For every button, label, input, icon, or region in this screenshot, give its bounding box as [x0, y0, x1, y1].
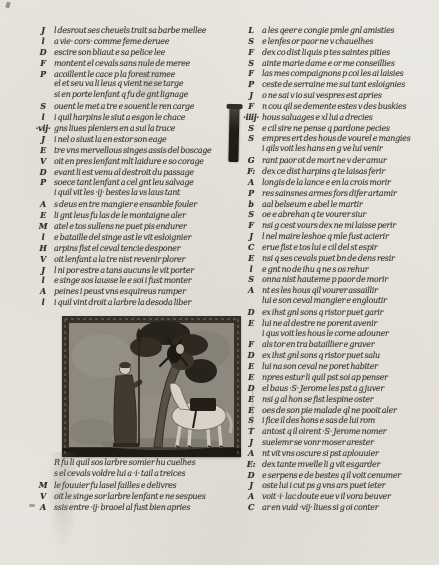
line-text: ssis entre ·ij· braoel al fust bien apri…	[54, 503, 236, 513]
line-initial: J	[240, 231, 262, 242]
line-initial: A	[240, 285, 262, 296]
line-text: e lenfes or paor ne v chauelhes	[262, 37, 439, 47]
line-initial: F	[240, 68, 262, 79]
manuscript-line: J l nel maire leshoe q mle fust acierir	[240, 231, 439, 242]
line-text: gns liues pleniers en a sui la trace	[54, 124, 236, 134]
line-text: i quil harpins le siut a esgon le chace	[54, 113, 236, 123]
line-text: nt es les hous qil vourer assaillir	[262, 286, 439, 296]
line-initial: V	[32, 491, 54, 502]
line-text: li gnt leus fu las de le montaigne aler	[54, 211, 236, 221]
line-text: le fouuier fu lasel failles e delivres	[54, 481, 236, 491]
line-text: ex ihst gnl sons q ristor puet garir	[262, 308, 439, 318]
line-initial: ·vij·	[32, 123, 54, 134]
line-initial: S	[240, 274, 262, 285]
manuscript-line: F dex co dist liquis p tes saintes pitie…	[240, 47, 439, 58]
manuscript-line: l e bataille del singe ast le vit esloig…	[32, 232, 236, 243]
manuscript-line: D evant li est venu al destroit du passa…	[32, 167, 236, 178]
line-initial: D	[240, 470, 262, 481]
line-text: oit lenfant a la tre nist revenir plorer	[54, 255, 236, 265]
line-initial: l	[32, 275, 54, 286]
line-text: npres estur li quil pst soi ap penser	[262, 373, 439, 383]
miniature-illustration	[62, 316, 241, 457]
manuscript-line: A nt vit vns oscure si pst aplouuier	[240, 448, 439, 459]
manuscript-line: D escire son bliaut e sa pelice lee	[32, 47, 236, 58]
line-initial: E	[240, 394, 262, 405]
line-text: e cil sire ne pense q pardone pecies	[262, 124, 439, 134]
line-text: oste lui i cut ps g vns ars puet ieter	[262, 481, 439, 491]
manuscript-line: M atel e tos sullens ne puet pis endurer	[32, 221, 236, 232]
line-initial: J	[32, 25, 54, 36]
manuscript-line: E lui na son ceval ne poret habiter	[240, 361, 439, 372]
line-initial: F	[240, 47, 262, 58]
line-text: e bataille del singe ast le vit esloigni…	[54, 233, 236, 243]
manuscript-line: F n cou qil se demente estes v des buski…	[240, 101, 439, 112]
manuscript-line: i qils voit les hans en g ve lui venir	[240, 144, 439, 155]
left-text-column: J l desrout ses cheuels trait sa barbe m…	[32, 25, 236, 308]
manuscript-line: P acoillent le cace p la forest ramee	[32, 69, 236, 80]
manuscript-line: F als tor en tra bataillier e graver	[240, 339, 439, 350]
line-text: ar en vuid ·vij· liues si g oi conter	[262, 503, 439, 513]
line-initial: F	[240, 220, 262, 231]
manuscript-line: S ainte marie dame e or me conseillies	[240, 58, 439, 69]
line-initial: l	[240, 264, 262, 275]
line-text: el baus ·S· Jerome les pst a g juver	[262, 384, 439, 394]
manuscript-line: C erue fist e tos lui e cil del st espir	[240, 242, 439, 253]
line-initial: D	[32, 167, 54, 178]
manuscript-line: F las mes compaignons p coi les ai laisi…	[240, 68, 439, 79]
line-text: ainte marie dame e or me conseillies	[262, 59, 439, 69]
line-text: R fu li quil sos larbre somier hu cuelhe…	[54, 458, 236, 469]
line-initial: A	[240, 491, 262, 502]
manuscript-line: V oit lenfant a la tre nist revenir plor…	[32, 254, 236, 265]
line-initial: P	[32, 69, 54, 80]
manuscript-line: A longis de la lance e en la crois morir	[240, 177, 439, 188]
line-initial: l	[32, 297, 54, 308]
manuscript-line: l i quil vint droit a larbre la desoda l…	[32, 297, 236, 308]
line-text: tre vns mervellous singes assis del bosc…	[54, 146, 236, 156]
line-text: oit en pres lenfant mlt laidure e so cor…	[54, 157, 236, 167]
manuscript-line: D e serpens e de bestes q il voit cenume…	[240, 470, 439, 481]
manuscript-line: J i nel o siust la en estor son eage	[32, 134, 236, 145]
line-initial: J	[240, 480, 262, 491]
manuscript-line: ·vij· gns liues pleniers en a sui la tra…	[32, 123, 236, 134]
line-text: erue fist e tos lui e cil del st espir	[262, 243, 439, 253]
line-initial: F	[240, 339, 262, 350]
line-text: hous saluages e xl lui a drecies	[262, 113, 439, 123]
line-initial: l	[32, 36, 54, 47]
manuscript-line: G rant paor ot de mort ne v der amur	[240, 155, 439, 166]
manuscript-line: D ex ihst gnl sons q ristor puet salu	[240, 350, 439, 361]
manuscript-line: L a les qeer e congie pmle gnl amisties	[240, 25, 439, 36]
line-text: i qils voit les hans en g ve lui venir	[262, 144, 439, 155]
line-initial: E	[32, 145, 54, 156]
line-initial: J	[32, 134, 54, 145]
line-text: ex ihst gnl sons q ristor puet salu	[262, 351, 439, 361]
manuscript-line: E npres estur li quil pst soi ap penser	[240, 372, 439, 383]
line-initial: J	[32, 265, 54, 276]
line-initial: F	[32, 58, 54, 69]
manuscript-line: b aal belseum e abel le martir	[240, 199, 439, 210]
line-text: oe e abrehan q te vourer siur	[262, 210, 439, 220]
line-initial: M	[32, 221, 54, 232]
line-text: soece tant lenfant a cel gnt leu salvage	[54, 178, 236, 188]
manuscript-line: M le fouuier fu lasel failles e delivres	[32, 480, 236, 491]
line-initial: A	[240, 177, 262, 188]
line-initial: E:	[240, 459, 262, 470]
manuscript-line: C ar en vuid ·vij· liues si g oi conter	[240, 502, 439, 513]
line-text: a vie· cors· comme feme deruee	[54, 37, 236, 47]
line-text: lui ne al destre ne porent avenir	[262, 319, 439, 329]
manuscript-line: H arpins fist el ceval tencie desponer	[32, 243, 236, 254]
line-initial: E	[240, 361, 262, 372]
manuscript-line: i qus voit les hous le corne adouner	[240, 329, 439, 340]
manuscript-line: F nsi g cest vours dex ne mi laisse peri…	[240, 220, 439, 231]
line-initial: S	[240, 123, 262, 134]
line-initial: P	[240, 188, 262, 199]
line-initial: E	[32, 210, 54, 221]
line-initial: A	[32, 502, 54, 513]
manuscript-line: S onna nist hauteme p paor de morir	[240, 274, 439, 285]
line-text: evant li est venu al destroit du passage	[54, 168, 236, 178]
line-text: s deus en tre mangier e ensanble fouler	[54, 200, 236, 210]
line-initial: P	[32, 177, 54, 188]
line-initial: M	[32, 480, 54, 491]
manuscript-line: l i quil harpins le siut a esgon le chac…	[32, 112, 236, 123]
line-text: longis de la lance e en la crois morir	[262, 178, 439, 188]
manuscript-line: D ex ihst gnl sons q ristor puet garir	[240, 307, 439, 318]
line-initial: E	[240, 372, 262, 383]
line-initial: D	[240, 383, 262, 394]
ink-speck	[5, 1, 11, 8]
manuscript-line: E tre vns mervellous singes assis del bo…	[32, 145, 236, 156]
line-initial: C	[240, 242, 262, 253]
manuscript-line: A voit ·i· lac doute eue v il vora beuve…	[240, 491, 439, 502]
line-text: e serpens e de bestes q il voit cenumer	[262, 471, 439, 481]
line-initial: S	[240, 36, 262, 47]
line-initial: V	[32, 254, 54, 265]
line-text: a les qeer e congie pmle gnl amisties	[262, 26, 439, 36]
manuscript-line: S e cil sire ne pense q pardone pecies	[240, 123, 439, 134]
line-text: l nel maire leshoe q mle fust acierir	[262, 232, 439, 242]
line-initial: T	[240, 426, 262, 437]
line-initial: L	[240, 25, 262, 36]
manuscript-line: l e gnt no de ihu q ne s os rehur	[240, 264, 439, 275]
manuscript-line: el et seu va li leus q vient ne se targe	[32, 79, 236, 90]
line-initial: D	[240, 350, 262, 361]
manuscript-line: E: dex tante mvelle li g vit esgarder	[240, 459, 439, 470]
line-initial: E	[240, 253, 262, 264]
line-text: rant paor ot de mort ne v der amur	[262, 156, 439, 166]
line-text: dex ce dist harpins q te laisas ferir	[262, 167, 439, 177]
manuscript-line: lui e son ceval mangier e engloutir	[240, 296, 439, 307]
line-initial: V	[32, 156, 54, 167]
line-text: i quil vint droit a larbre la desoda lib…	[54, 298, 236, 308]
line-text: nt vit vns oscure si pst aplouuier	[262, 449, 439, 459]
manuscript-line: R fu li quil sos larbre somier hu cuelhe…	[32, 458, 236, 469]
line-text: nsi g al hon se fist lespine oster	[262, 395, 439, 405]
saddle	[190, 398, 216, 411]
manuscript-line: l a vie· cors· comme feme deruee	[32, 36, 236, 47]
manuscript-line: D el baus ·S· Jerome les pst a g juver	[240, 383, 439, 394]
miniature-scene	[62, 316, 241, 457]
line-initial: J	[240, 90, 262, 101]
line-text: onna nist hauteme p paor de morir	[262, 275, 439, 285]
manuscript-line: E li gnt leus fu las de le montaigne ale…	[32, 210, 236, 221]
line-initial: A	[240, 448, 262, 459]
manuscript-line: E nsi q ses cevals puet bn de dens resir	[240, 253, 439, 264]
line-initial: H	[32, 243, 54, 254]
manuscript-line: E oes de son pie malade ql ne pooit aler	[240, 405, 439, 416]
manuscript-line: ·iiij· hous saluages e xl lui a drecies	[240, 112, 439, 123]
line-text: si en porte lenfant q fu de gnt lignage	[54, 90, 236, 101]
line-initial: F	[240, 101, 262, 112]
line-text: e gnt no de ihu q ne s os rehur	[262, 265, 439, 275]
line-text: i qus voit les hous le corne adouner	[262, 329, 439, 340]
manuscript-line: E lui ne al destre ne porent avenir	[240, 318, 439, 329]
line-initial: l	[32, 112, 54, 123]
line-initial: l	[32, 232, 54, 243]
line-text: aal belseum e abel le martir	[262, 200, 439, 210]
manuscript-line: J oste lui i cut ps g vns ars puet ieter	[240, 480, 439, 491]
line-initial: S	[32, 101, 54, 112]
line-text: escire son bliaut e sa pelice lee	[54, 48, 236, 58]
line-text: montent el cevals sans nule de meree	[54, 59, 236, 69]
manuscript-line: S empres ert des hous de vourel e mangie…	[240, 133, 439, 144]
line-initial: G	[240, 155, 262, 166]
line-initial: D	[240, 307, 262, 318]
line-initial: J	[240, 437, 262, 448]
line-text: l ni por estre a tans aucuns le vit port…	[54, 266, 236, 276]
line-initial: C	[240, 502, 262, 513]
manuscript-line: V oit en pres lenfant mlt laidure e so c…	[32, 156, 236, 167]
line-text: empres ert des hous de vourel e mangies	[262, 134, 439, 144]
line-text: i fice il des hons e sas de lui rom	[262, 416, 439, 426]
line-initial: b	[240, 199, 262, 210]
line-initial: A	[32, 199, 54, 210]
line-text: arpins fist el ceval tencie desponer	[54, 244, 236, 254]
manuscript-line: A peines i peust vns esquireus ramper	[32, 286, 236, 297]
manuscript-line: P soece tant lenfant a cel gnt leu salva…	[32, 177, 236, 188]
line-initial: ·iiij·	[240, 112, 262, 123]
manuscript-line: A s deus en tre mangier e ensanble foule…	[32, 199, 236, 210]
line-text: dex tante mvelle li g vit esgarder	[262, 460, 439, 470]
line-text: antost q il oirent ·S· Jerome nomer	[262, 427, 439, 437]
line-text: oit le singe sor larbre lenfant e ne ses…	[54, 492, 236, 502]
ink-speck	[29, 504, 35, 507]
manuscript-line: s el cevals voldre lui a ·i· tail a trei…	[32, 469, 236, 480]
line-text: o ne sai v io sui vespres est apries	[262, 91, 439, 101]
line-text: ceste de serraine me sui tant esloignies	[262, 80, 439, 90]
knight-feet	[113, 443, 139, 447]
line-text: l desrout ses cheuels trait sa barbe mel…	[54, 26, 236, 36]
manuscript-line: T antost q il oirent ·S· Jerome nomer	[240, 426, 439, 437]
line-initial: P	[240, 79, 262, 90]
manuscript-line: J l ni por estre a tans aucuns le vit po…	[32, 265, 236, 276]
manuscript-line: A ssis entre ·ij· braoel al fust bien ap…	[32, 502, 236, 513]
line-text: i nel o siust la en estor son eage	[54, 135, 236, 145]
manuscript-page: J l desrout ses cheuels trait sa barbe m…	[0, 0, 439, 565]
line-text: als tor en tra bataillier e graver	[262, 340, 439, 350]
manuscript-line: V oit le singe sor larbre lenfant e ne s…	[32, 491, 236, 502]
line-text: lui na son ceval ne poret habiter	[262, 362, 439, 372]
line-text: el et seu va li leus q vient ne se targe	[54, 79, 236, 90]
manuscript-line: P ceste de serraine me sui tant esloigni…	[240, 79, 439, 90]
manuscript-line: P res sainsnes armes fors difer artamir	[240, 188, 439, 199]
below-miniature-text: R fu li quil sos larbre somier hu cuelhe…	[32, 458, 236, 512]
manuscript-line: J suelemr se vonr moser arester	[240, 437, 439, 448]
line-text: voit ·i· lac doute eue v il vora beuver	[262, 492, 439, 502]
line-text: atel e tos sullens ne puet pis endurer	[54, 222, 236, 232]
manuscript-line: J o ne sai v io sui vespres est apries	[240, 90, 439, 101]
right-text-column: L a les qeer e congie pmle gnl amisties …	[240, 25, 439, 513]
line-text: acoillent le cace p la forest ramee	[54, 70, 236, 80]
manuscript-line: l e singe sos lausse le e soi i fust mon…	[32, 275, 236, 286]
line-text: ouent le met a tre e souent le ren carge	[54, 102, 236, 112]
line-text: e singe sos lausse le e soi i fust monte…	[54, 276, 236, 286]
manuscript-line: J l desrout ses cheuels trait sa barbe m…	[32, 25, 236, 36]
line-text: nsi q ses cevals puet bn de dens resir	[262, 254, 439, 264]
illuminated-initial-i	[228, 106, 239, 162]
line-text: s el cevals voldre lui a ·i· tail a trei…	[54, 469, 236, 480]
manuscript-line: F montent el cevals sans nule de meree	[32, 58, 236, 69]
manuscript-line: F: dex ce dist harpins q te laisas ferir	[240, 166, 439, 177]
line-initial: A	[32, 286, 54, 297]
line-text: res sainsnes armes fors difer artamir	[262, 189, 439, 199]
line-text: dex co dist liquis p tes saintes pities	[262, 48, 439, 58]
line-initial: F:	[240, 166, 262, 177]
line-text: peines i peust vns esquireus ramper	[54, 287, 236, 297]
manuscript-line: E nsi g al hon se fist lespine oster	[240, 394, 439, 405]
line-initial: E	[240, 405, 262, 416]
manuscript-line: S i fice il des hons e sas de lui rom	[240, 415, 439, 426]
manuscript-line: S ouent le met a tre e souent le ren car…	[32, 101, 236, 112]
manuscript-line: A nt es les hous qil vourer assaillir	[240, 285, 439, 296]
manuscript-line: si en porte lenfant q fu de gnt lignage	[32, 90, 236, 101]
line-initial: S	[240, 415, 262, 426]
line-text: las mes compaignons p coi les ai laisies	[262, 69, 439, 79]
line-initial: D	[32, 47, 54, 58]
manuscript-line: S e lenfes or paor ne v chauelhes	[240, 36, 439, 47]
line-text: lui e son ceval mangier e engloutir	[262, 296, 439, 307]
initial-serif-cap	[227, 104, 243, 109]
manuscript-line: i quil vit les ·ij· bestes la vs laus ta…	[32, 188, 236, 199]
manuscript-line: S oe e abrehan q te vourer siur	[240, 209, 439, 220]
line-initial: E	[240, 318, 262, 329]
line-text: oes de son pie malade ql ne pooit aler	[262, 406, 439, 416]
line-initial: S	[240, 209, 262, 220]
line-initial: S	[240, 133, 262, 144]
line-text: suelemr se vonr moser arester	[262, 438, 439, 448]
line-initial: S	[240, 58, 262, 69]
line-text: i quil vit les ·ij· bestes la vs laus ta…	[54, 188, 236, 199]
line-text: n cou qil se demente estes v des buskies	[262, 102, 439, 112]
line-text: nsi g cest vours dex ne mi laisse perir	[262, 221, 439, 231]
